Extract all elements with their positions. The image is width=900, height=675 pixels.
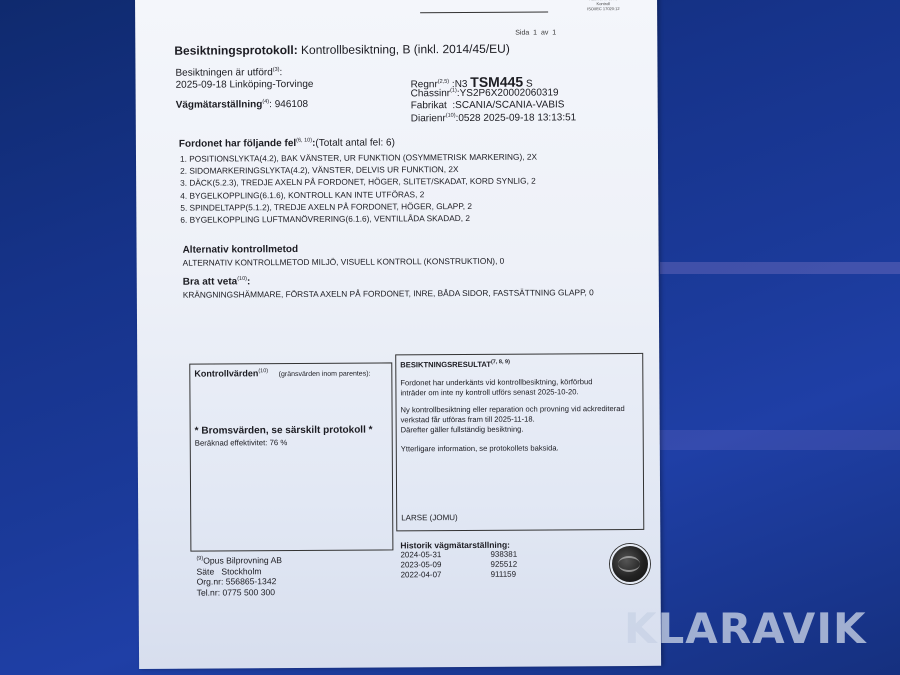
- brake-efficiency: Beräknad effektivitet: 76 %: [195, 438, 288, 448]
- result-box: BESIKTNINGSRESULTAT(7, 8, 9) Fordonet ha…: [395, 353, 644, 532]
- background-reflection: [660, 430, 900, 450]
- fault-list: 1. POSITIONSLYKTA(4.2), BAK VÄNSTER, UR …: [180, 151, 537, 226]
- result-paragraph-1: Fordonet har underkänts vid kontrollbesi…: [400, 377, 592, 398]
- fault-item: 6. BYGELKOPPLING LUFTMANÖVRERING(6.1.6),…: [180, 212, 537, 226]
- odometer: Vägmätarställning(4): 946108: [176, 99, 308, 111]
- company-info: (9)Opus Bilprovning AB Säte Stockholm Or…: [196, 555, 282, 598]
- alternative-heading: Alternativ kontrollmetod: [183, 244, 299, 256]
- diary-number: Diarienr(10):0528 2025-09-18 13:13:51: [411, 112, 577, 124]
- result-paragraph-2: Ny kontrollbesiktning eller reparation o…: [401, 404, 625, 435]
- brake-values-title: * Bromsvärden, se särskilt protokoll *: [195, 425, 373, 437]
- result-paragraph-3: Ytterligare information, se protokollets…: [401, 443, 559, 454]
- fault-item: 3. DÄCK(5.2.3), TREDJE AXELN PÅ FORDONET…: [180, 175, 537, 189]
- result-heading: BESIKTNINGSRESULTAT(7, 8, 9): [400, 360, 510, 370]
- performed-label: Besiktningen är utförd(3):: [175, 67, 282, 79]
- faults-heading: Fordonet har följande fel(6, 10):(Totalt…: [179, 137, 395, 149]
- page-indicator: Sida 1 av 1: [515, 29, 556, 36]
- chassis-number: Chassinr(1):YS2P6X20002060319: [411, 87, 559, 99]
- document-title: Besiktningsprotokoll: Kontrollbesiktning…: [174, 42, 510, 58]
- good-to-know-heading: Bra att veta(10):: [183, 276, 251, 287]
- background-reflection: [660, 262, 900, 274]
- performed-value: 2025-09-18 Linköping-Torvinge: [176, 79, 314, 91]
- header-rule: [420, 11, 548, 13]
- climate-compensation-logo-icon: [610, 544, 650, 584]
- good-to-know-text: KRÄNGNINGSHÄMMARE, FÖRSTA AXELN PÅ FORDO…: [183, 287, 594, 300]
- odometer-history: Historik vägmätarställning: 2024-05-3193…: [400, 540, 517, 581]
- history-row: 2022-04-07911159: [401, 570, 518, 581]
- inspection-document: Ackred. nr 8976 Kontroll ISO/IEC 17020:1…: [135, 0, 661, 669]
- inspector-signature: LARSE (JOMU): [401, 513, 458, 522]
- control-values-heading: Kontrollvärden(10) (gränsvärden inom par…: [194, 368, 370, 379]
- fault-item: 1. POSITIONSLYKTA(4.2), BAK VÄNSTER, UR …: [180, 151, 537, 165]
- accreditation-mark: Ackred. nr 8976 Kontroll ISO/IEC 17020:1…: [587, 0, 620, 11]
- watermark-logo: KLARAVIK: [624, 604, 867, 653]
- alternative-text: ALTERNATIV KONTROLLMETOD MILJÖ, VISUELL …: [183, 256, 505, 268]
- make: Fabrikat :SCANIA/SCANIA-VABIS: [411, 99, 565, 111]
- control-values-box: Kontrollvärden(10) (gränsvärden inom par…: [189, 362, 393, 551]
